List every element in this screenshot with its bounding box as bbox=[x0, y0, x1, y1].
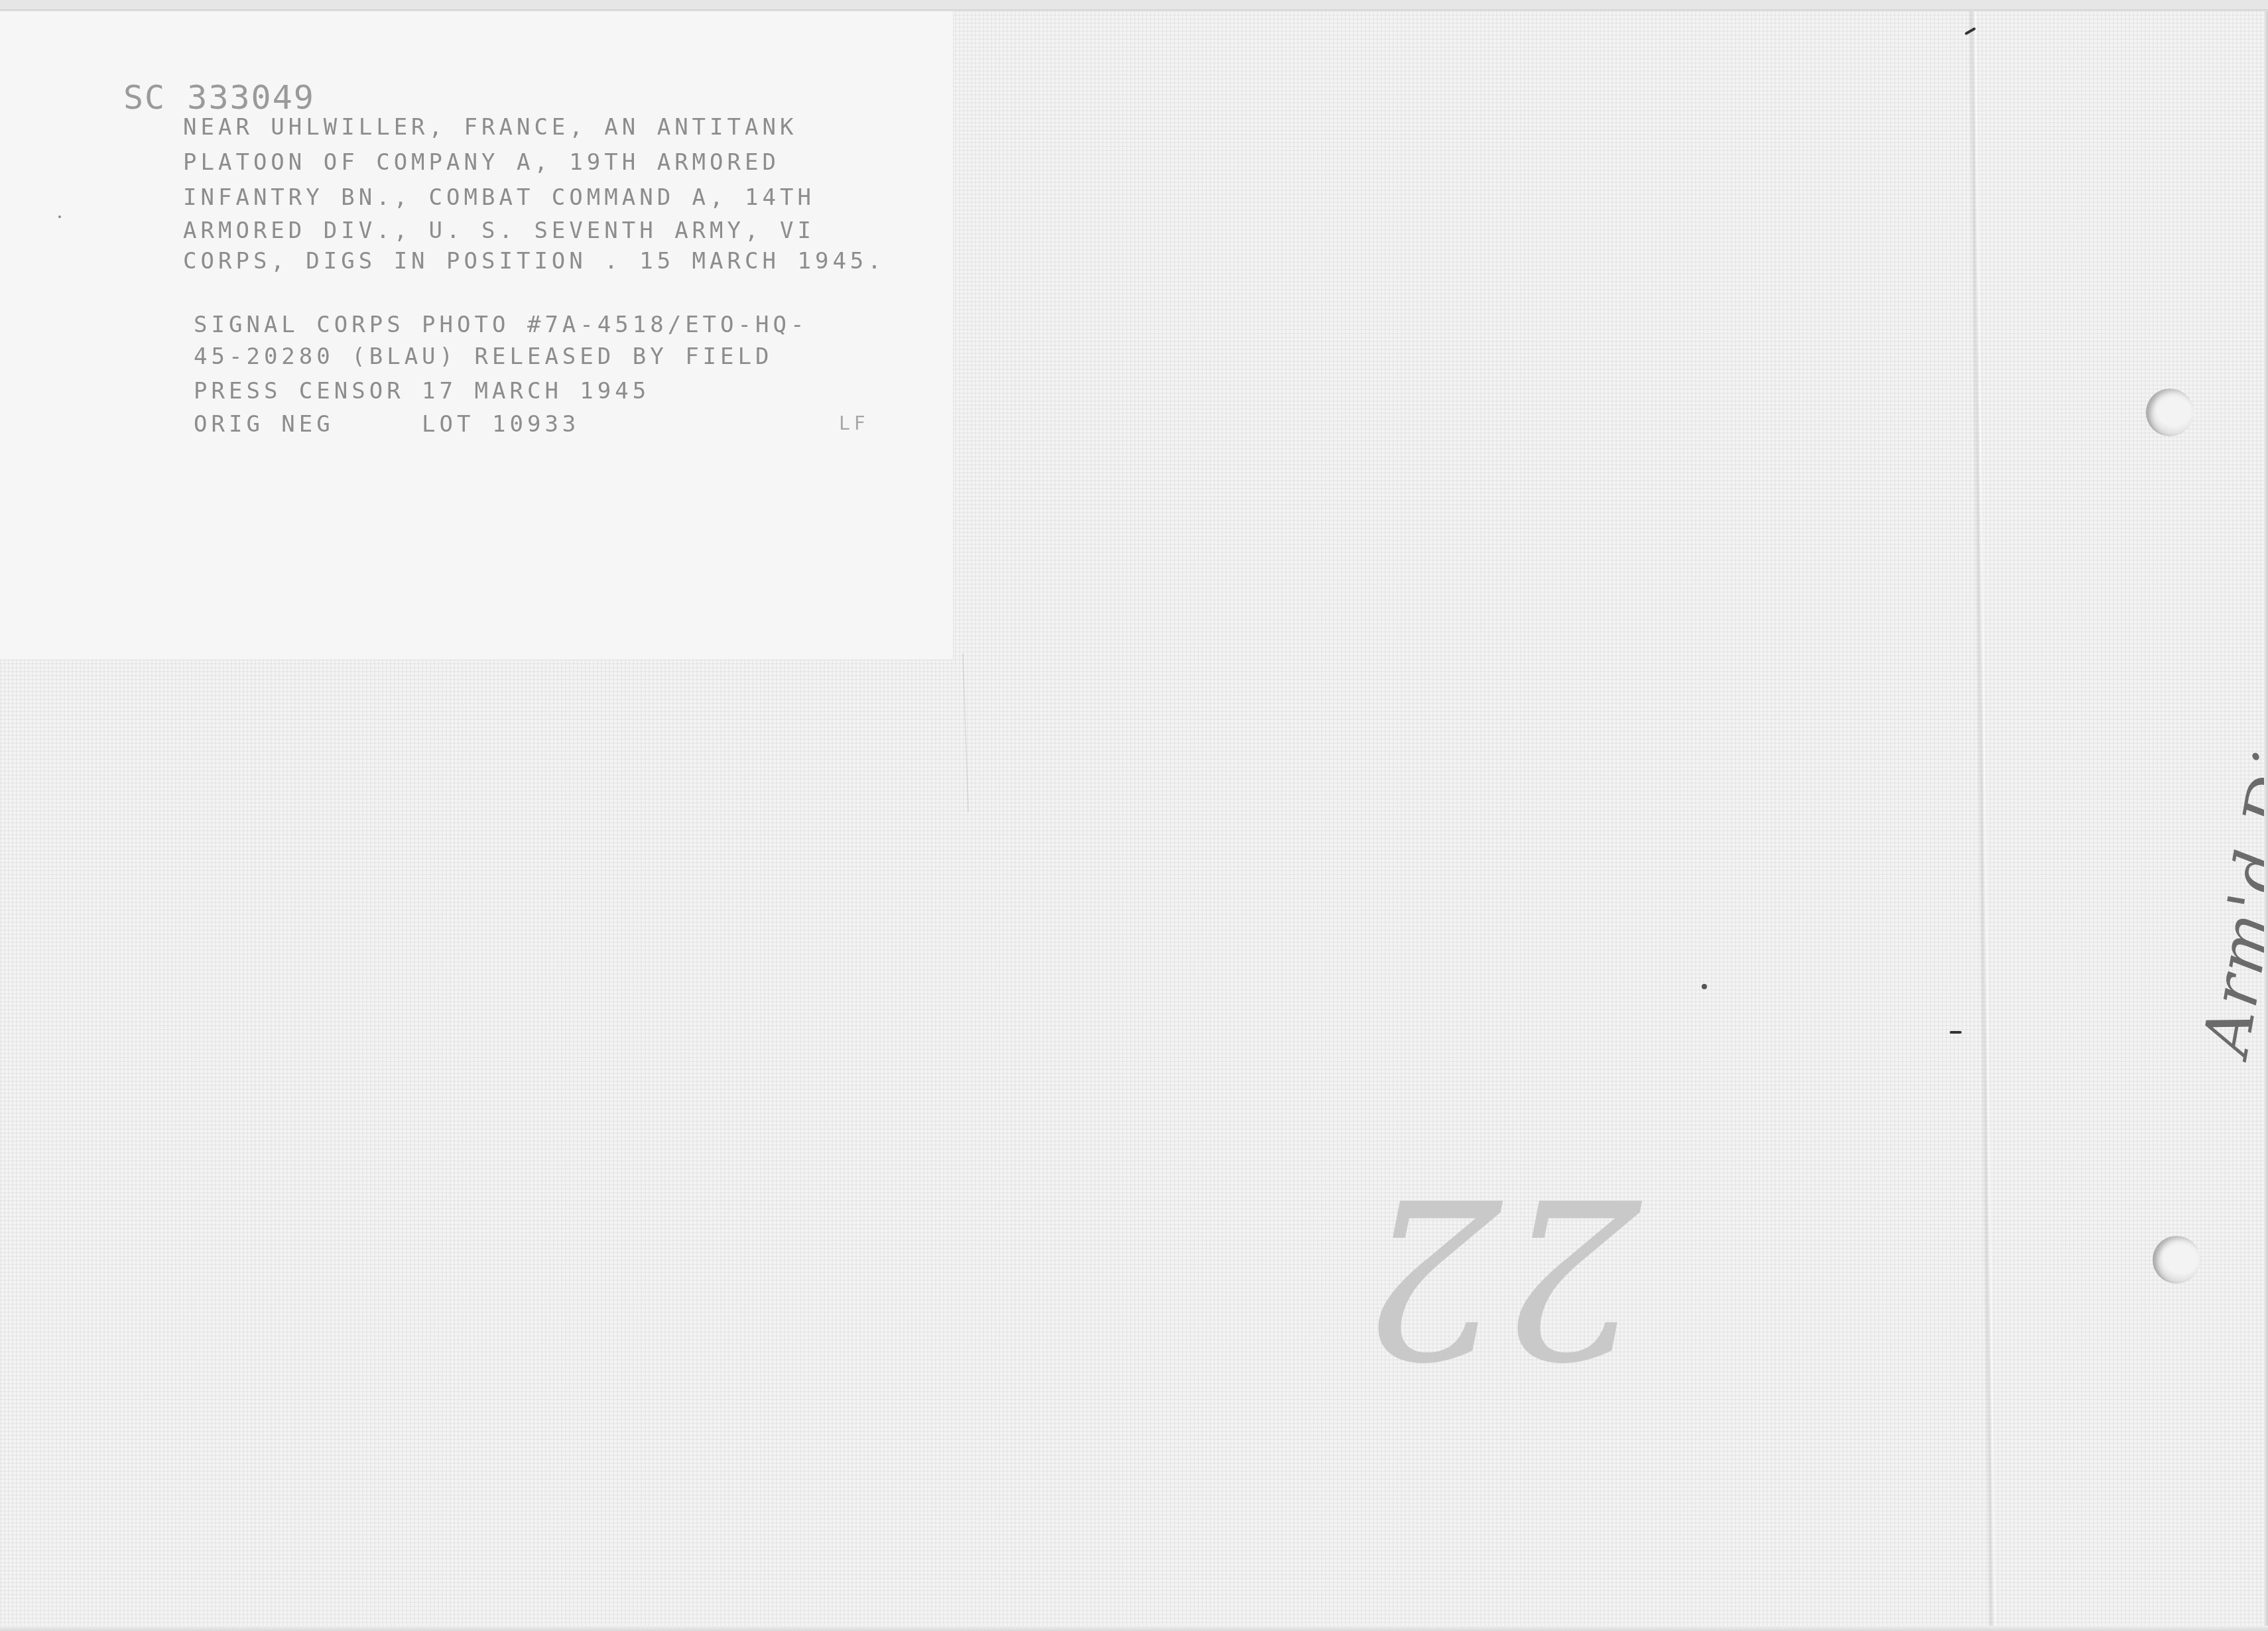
caption-line: platoon of Company A, 19th Armored bbox=[183, 149, 780, 176]
credit-line: Press Censor 17 March 1945 bbox=[194, 378, 650, 404]
dust-speck bbox=[58, 215, 61, 218]
mount-right-edge bbox=[2264, 11, 2268, 1631]
credit-line: 45-20280 (Blau) released by Field bbox=[194, 343, 773, 370]
caption-line: Infantry Bn., Combat Command A, 14th bbox=[183, 184, 815, 211]
document-id: SC 333049 bbox=[123, 78, 315, 117]
credit-line: Signal Corps photo #7A-4518/ETO-HQ- bbox=[194, 312, 808, 338]
credit-line: Orig Neg Lot 10933 bbox=[194, 411, 580, 438]
pencil-number: 22 bbox=[1363, 1167, 1641, 1386]
punch-hole-bottom bbox=[2153, 1236, 2200, 1284]
pen-mark bbox=[1950, 1031, 1962, 1034]
clerk-initials: LF bbox=[839, 412, 869, 434]
dust-speck bbox=[1702, 984, 1707, 989]
caption-line: Corps, digs in position . 15 March 1945. bbox=[183, 248, 885, 274]
caption-line: Near Uhlwiller, France, an antitank bbox=[183, 114, 797, 141]
punch-hole-top bbox=[2146, 389, 2194, 436]
mount-bottom-edge bbox=[0, 1626, 2268, 1631]
caption-line: Armored Div., U. S. Seventh Army, VI bbox=[183, 217, 815, 244]
